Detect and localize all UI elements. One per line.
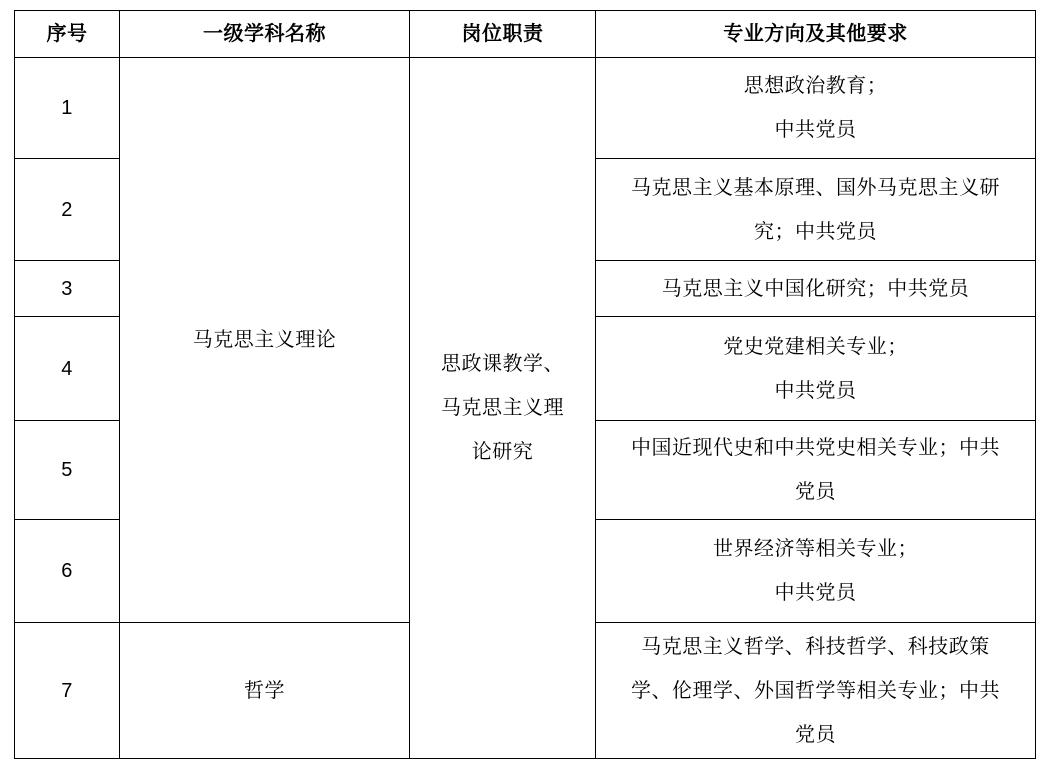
requirement-cell: 世界经济等相关专业； 中共党员 <box>596 520 1036 623</box>
serial-cell: 1 <box>15 58 120 159</box>
header-major-requirements: 专业方向及其他要求 <box>596 11 1036 58</box>
requirement-cell: 马克思主义基本原理、国外马克思主义研 究；中共党员 <box>596 159 1036 261</box>
header-discipline-name: 一级学科名称 <box>120 11 410 58</box>
serial-cell: 7 <box>15 623 120 759</box>
duty-cell: 思政课教学、 马克思主义理 论研究 <box>410 58 596 759</box>
serial-cell: 3 <box>15 261 120 317</box>
recruitment-positions-table: 序号 一级学科名称 岗位职责 专业方向及其他要求 1 马克思主义理论 思政课教学… <box>14 10 1036 759</box>
header-row: 序号 一级学科名称 岗位职责 专业方向及其他要求 <box>15 11 1036 58</box>
header-job-duty: 岗位职责 <box>410 11 596 58</box>
requirement-cell: 马克思主义哲学、科技哲学、科技政策 学、伦理学、外国哲学等相关专业；中共 党员 <box>596 623 1036 759</box>
serial-cell: 5 <box>15 421 120 520</box>
serial-cell: 4 <box>15 317 120 421</box>
serial-cell: 6 <box>15 520 120 623</box>
header-serial-number: 序号 <box>15 11 120 58</box>
table-row: 1 马克思主义理论 思政课教学、 马克思主义理 论研究 思想政治教育； 中共党员 <box>15 58 1036 159</box>
document-table-container: 序号 一级学科名称 岗位职责 专业方向及其他要求 1 马克思主义理论 思政课教学… <box>14 10 1036 759</box>
requirement-cell: 思想政治教育； 中共党员 <box>596 58 1036 159</box>
discipline-cell-philosophy: 哲学 <box>120 623 410 759</box>
requirement-cell: 中国近现代史和中共党史相关专业；中共 党员 <box>596 421 1036 520</box>
serial-cell: 2 <box>15 159 120 261</box>
requirement-cell: 党史党建相关专业； 中共党员 <box>596 317 1036 421</box>
discipline-cell-marxist-theory: 马克思主义理论 <box>120 58 410 623</box>
requirement-cell: 马克思主义中国化研究；中共党员 <box>596 261 1036 317</box>
